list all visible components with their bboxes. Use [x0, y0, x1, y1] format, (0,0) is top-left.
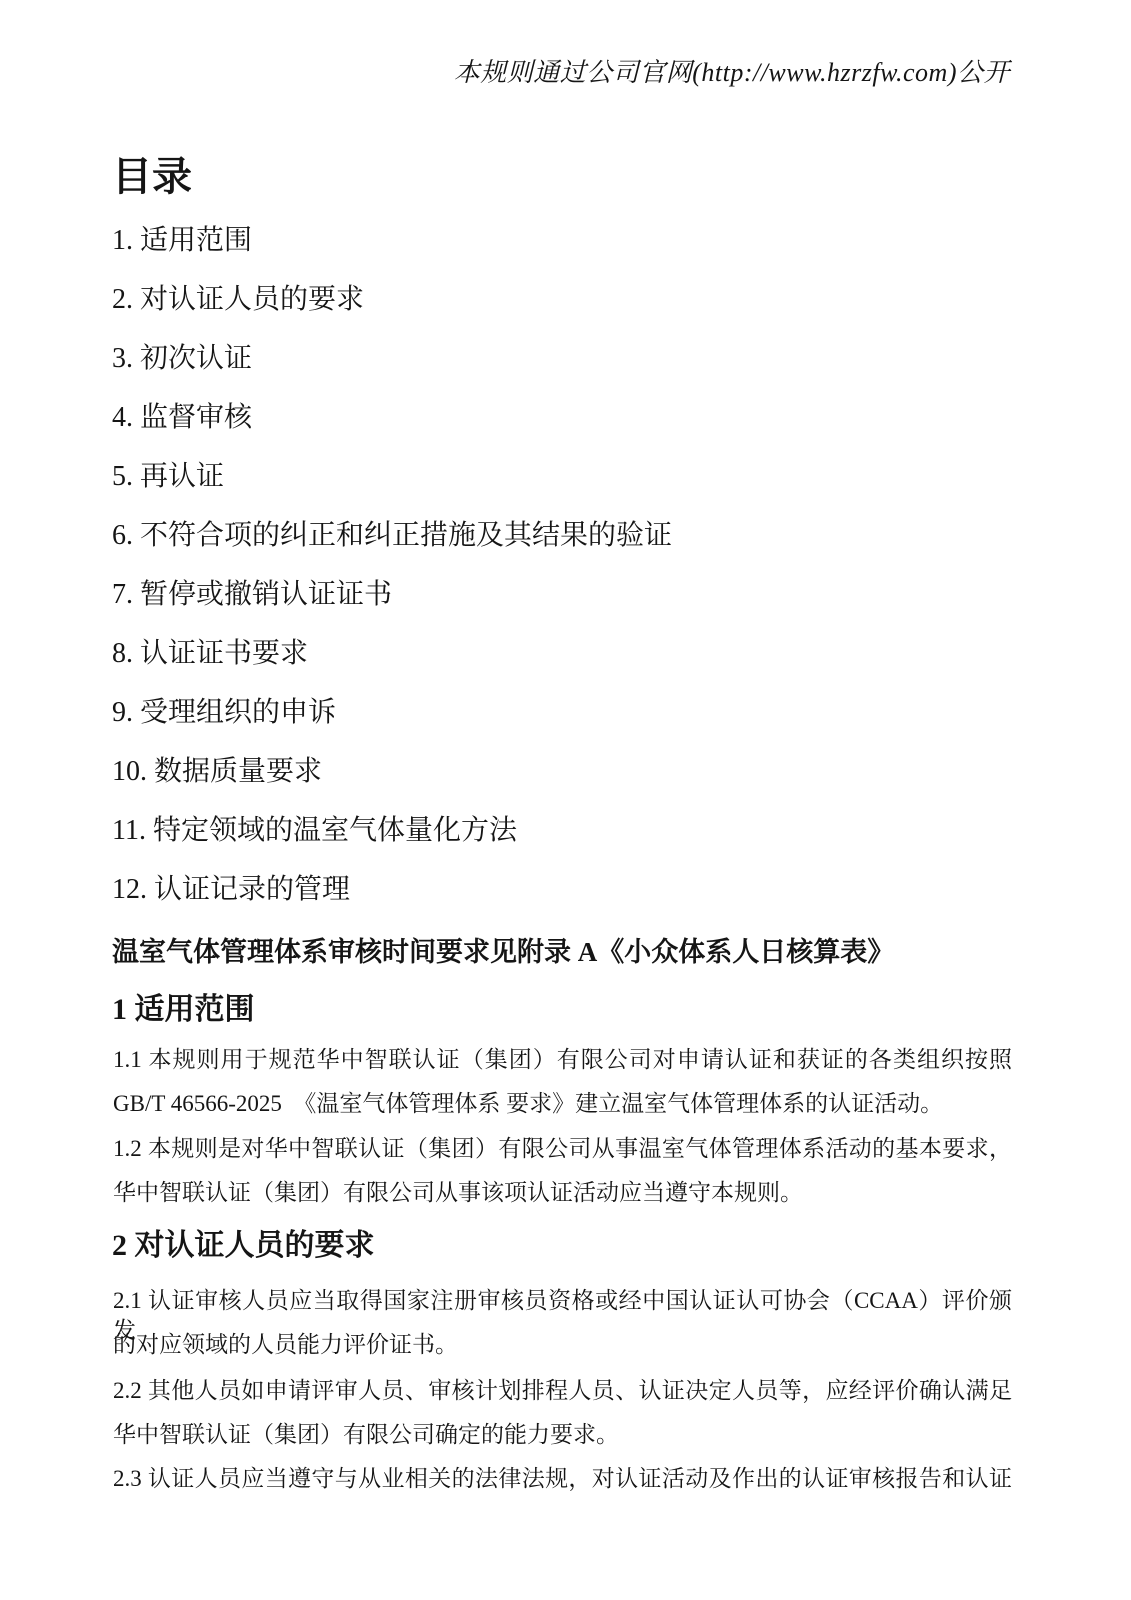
toc-item-10: 10. 数据质量要求	[112, 742, 1012, 801]
section-1-heading: 1 适用范围	[112, 991, 255, 1029]
section-2-line-2: 的对应领域的人员能力评价证书。	[113, 1330, 1012, 1360]
toc-item-4: 4. 监督审核	[112, 388, 1012, 447]
toc-item-7: 7. 暂停或撤销认证证书	[112, 565, 1012, 624]
toc-title: 目录	[112, 152, 192, 202]
section-1-line-1: 1.1 本规则用于规范华中智联认证（集团）有限公司对申请认证和获证的各类组织按照	[113, 1045, 1012, 1075]
section-1-line-3: 1.2 本规则是对华中智联认证（集团）有限公司从事温室气体管理体系活动的基本要求…	[113, 1134, 1012, 1164]
section-1-line-2: GB/T 46566-2025 《温室气体管理体系 要求》建立温室气体管理体系的…	[113, 1089, 1012, 1119]
toc-item-5: 5. 再认证	[112, 447, 1012, 506]
toc-item-12: 12. 认证记录的管理	[112, 860, 1012, 919]
toc-list: 1. 适用范围 2. 对认证人员的要求 3. 初次认证 4. 监督审核 5. 再…	[112, 211, 1012, 919]
section-2-line-3: 2.2 其他人员如申请评审人员、审核计划排程人员、认证决定人员等，应经评价确认满…	[113, 1376, 1012, 1406]
toc-item-6: 6. 不符合项的纠正和纠正措施及其结果的验证	[112, 506, 1012, 565]
section-2-line-4: 华中智联认证（集团）有限公司确定的能力要求。	[113, 1420, 1012, 1450]
page-header-note: 本规则通过公司官网(http://www.hzrzfw.com)公开	[454, 52, 1010, 89]
toc-appendix-note: 温室气体管理体系审核时间要求见附录 A《小众体系人日核算表》	[112, 936, 894, 968]
toc-item-3: 3. 初次认证	[112, 329, 1012, 388]
document-page: 本规则通过公司官网(http://www.hzrzfw.com)公开 目录 1.…	[0, 0, 1131, 1600]
section-2-heading: 2 对认证人员的要求	[112, 1227, 375, 1265]
toc-item-1: 1. 适用范围	[112, 211, 1012, 270]
section-2-line-5: 2.3 认证人员应当遵守与从业相关的法律法规，对认证活动及作出的认证审核报告和认…	[113, 1464, 1012, 1494]
section-1-line-4: 华中智联认证（集团）有限公司从事该项认证活动应当遵守本规则。	[113, 1178, 1012, 1208]
toc-item-2: 2. 对认证人员的要求	[112, 270, 1012, 329]
toc-item-8: 8. 认证证书要求	[112, 624, 1012, 683]
toc-item-9: 9. 受理组织的申诉	[112, 683, 1012, 742]
toc-item-11: 11. 特定领域的温室气体量化方法	[112, 801, 1012, 860]
